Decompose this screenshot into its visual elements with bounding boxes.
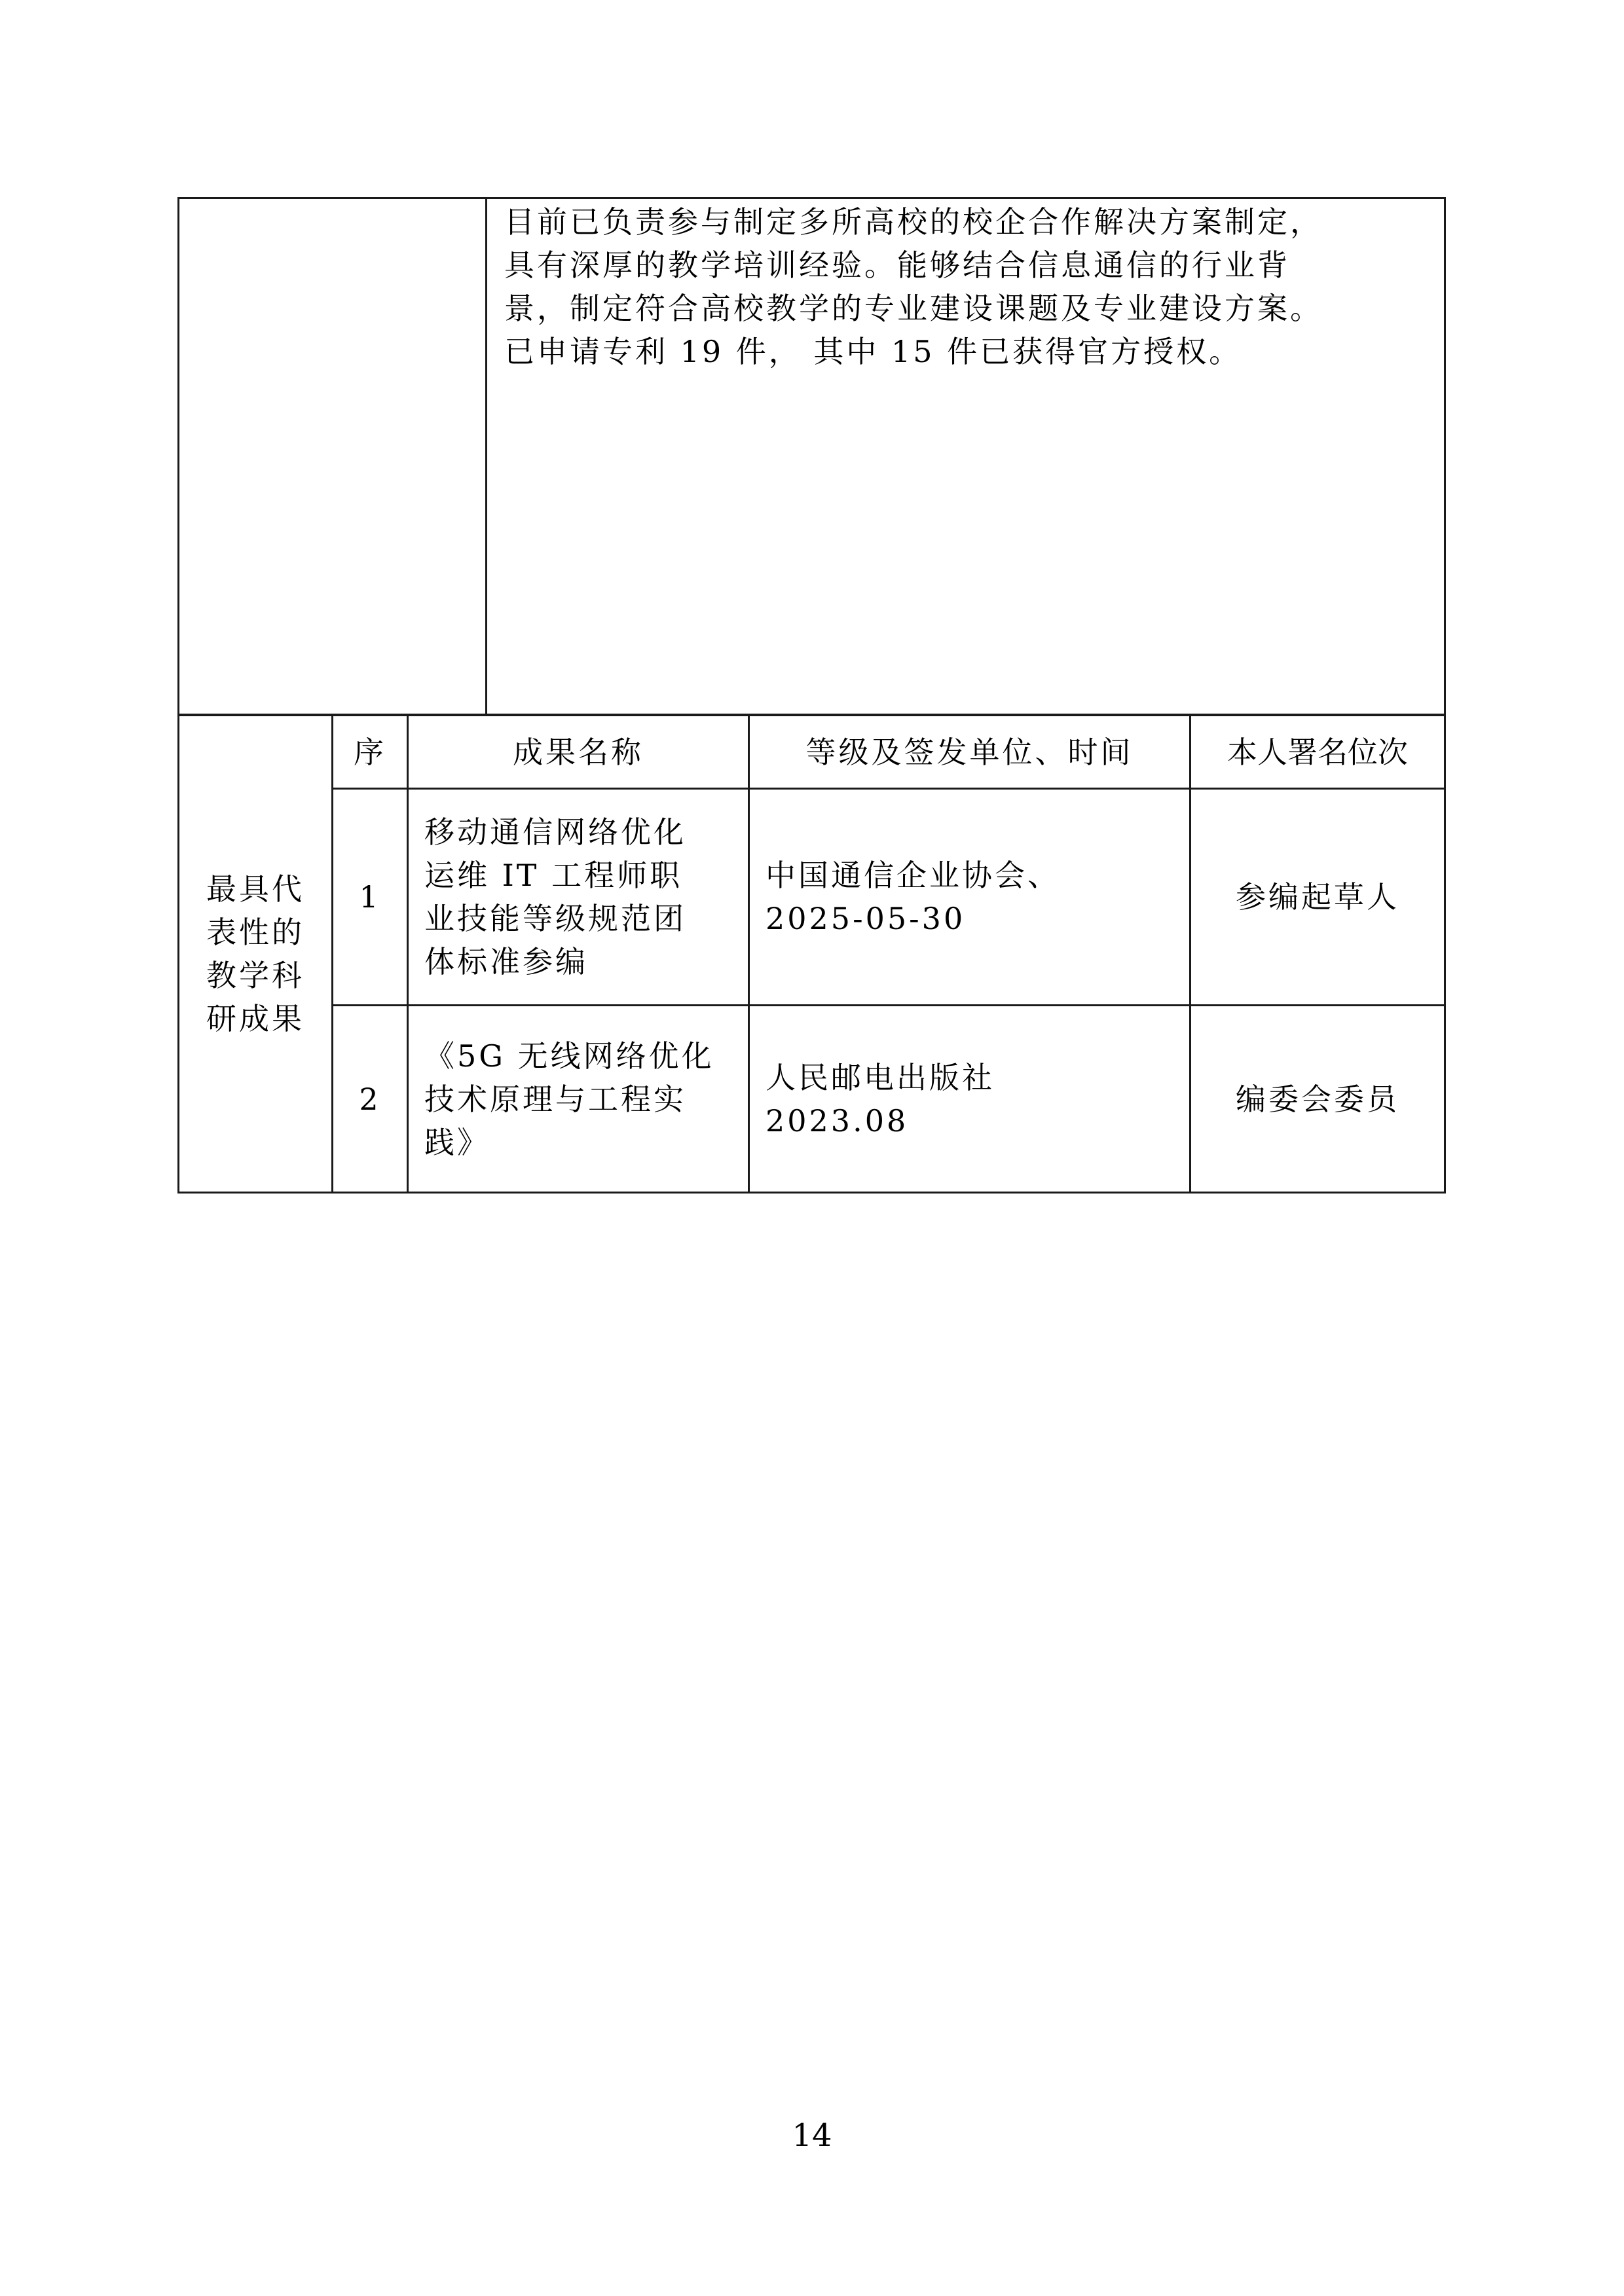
- achievement-name-line: 技术原理与工程实: [424, 1078, 714, 1121]
- header-name-label: 成果名称: [513, 731, 644, 774]
- document-page: 目前已负责参与制定多所高校的校企合作解决方案制定， 具有深厚的教学培训经验。能够…: [0, 0, 1624, 2296]
- issuer-date-line: 2025-05-30: [766, 897, 1060, 940]
- achievement-name-line: 践》: [424, 1121, 714, 1164]
- row-2-issuer: 人民邮电出版社 2023.08: [750, 1006, 1189, 1192]
- header-index: 序: [333, 716, 407, 788]
- section-label-line: 表性的: [206, 911, 304, 954]
- row-2-name: 《5G 无线网络优化 技术原理与工程实 践》: [409, 1006, 748, 1192]
- achievement-name-line: 体标准参编: [424, 940, 686, 983]
- row-1-role: 参编起草人: [1191, 790, 1444, 1004]
- row-index-value: 2: [359, 1078, 380, 1121]
- row-1-issuer: 中国通信企业协会、 2025-05-30: [750, 790, 1189, 1004]
- section-label-line: 教学科: [206, 954, 304, 997]
- issuer-line: 人民邮电出版社: [766, 1056, 995, 1099]
- section-label-line: 研成果: [206, 997, 304, 1040]
- role-value: 编委会委员: [1236, 1078, 1399, 1121]
- issuer-date-line: 2023.08: [766, 1099, 995, 1142]
- upper-column-divider: [485, 197, 487, 715]
- upper-left-label-cell: [179, 199, 485, 714]
- row-2-index: 2: [333, 1006, 407, 1192]
- achievement-name-line: 移动通信网络优化: [424, 811, 686, 854]
- achievement-name-line: 《5G 无线网络优化: [424, 1034, 714, 1078]
- header-role: 本人署名位次: [1191, 716, 1444, 788]
- header-issuer: 等级及签发单位、时间: [750, 716, 1189, 788]
- row-2-role: 编委会委员: [1191, 1006, 1444, 1192]
- section-label-line: 最具代: [206, 867, 304, 911]
- page-number: 14: [747, 2116, 877, 2155]
- achievement-name-line: 运维 IT 工程师职: [424, 854, 686, 897]
- description-line: 已申请专利 19 件， 其中 15 件已获得官方授权。: [504, 330, 1441, 373]
- role-value: 参编起草人: [1236, 875, 1399, 919]
- row-1-name: 移动通信网络优化 运维 IT 工程师职 业技能等级规范团 体标准参编: [409, 790, 748, 1004]
- experience-description: 目前已负责参与制定多所高校的校企合作解决方案制定， 具有深厚的教学培训经验。能够…: [504, 200, 1441, 373]
- description-line: 景，制定符合高校教学的专业建设课题及专业建设方案。: [504, 287, 1441, 330]
- description-line: 目前已负责参与制定多所高校的校企合作解决方案制定，: [504, 200, 1441, 244]
- header-role-label: 本人署名位次: [1227, 731, 1408, 774]
- description-line: 具有深厚的教学培训经验。能够结合信息通信的行业背: [504, 244, 1441, 287]
- issuer-line: 中国通信企业协会、: [766, 854, 1060, 897]
- achievement-name-line: 业技能等级规范团: [424, 897, 686, 940]
- header-index-label: 序: [354, 731, 386, 774]
- row-1-index: 1: [333, 790, 407, 1004]
- row-index-value: 1: [359, 875, 380, 919]
- header-name: 成果名称: [409, 716, 748, 788]
- header-issuer-label: 等级及签发单位、时间: [806, 731, 1134, 774]
- achievements-section-label: 最具代 表性的 教学科 研成果: [179, 716, 331, 1192]
